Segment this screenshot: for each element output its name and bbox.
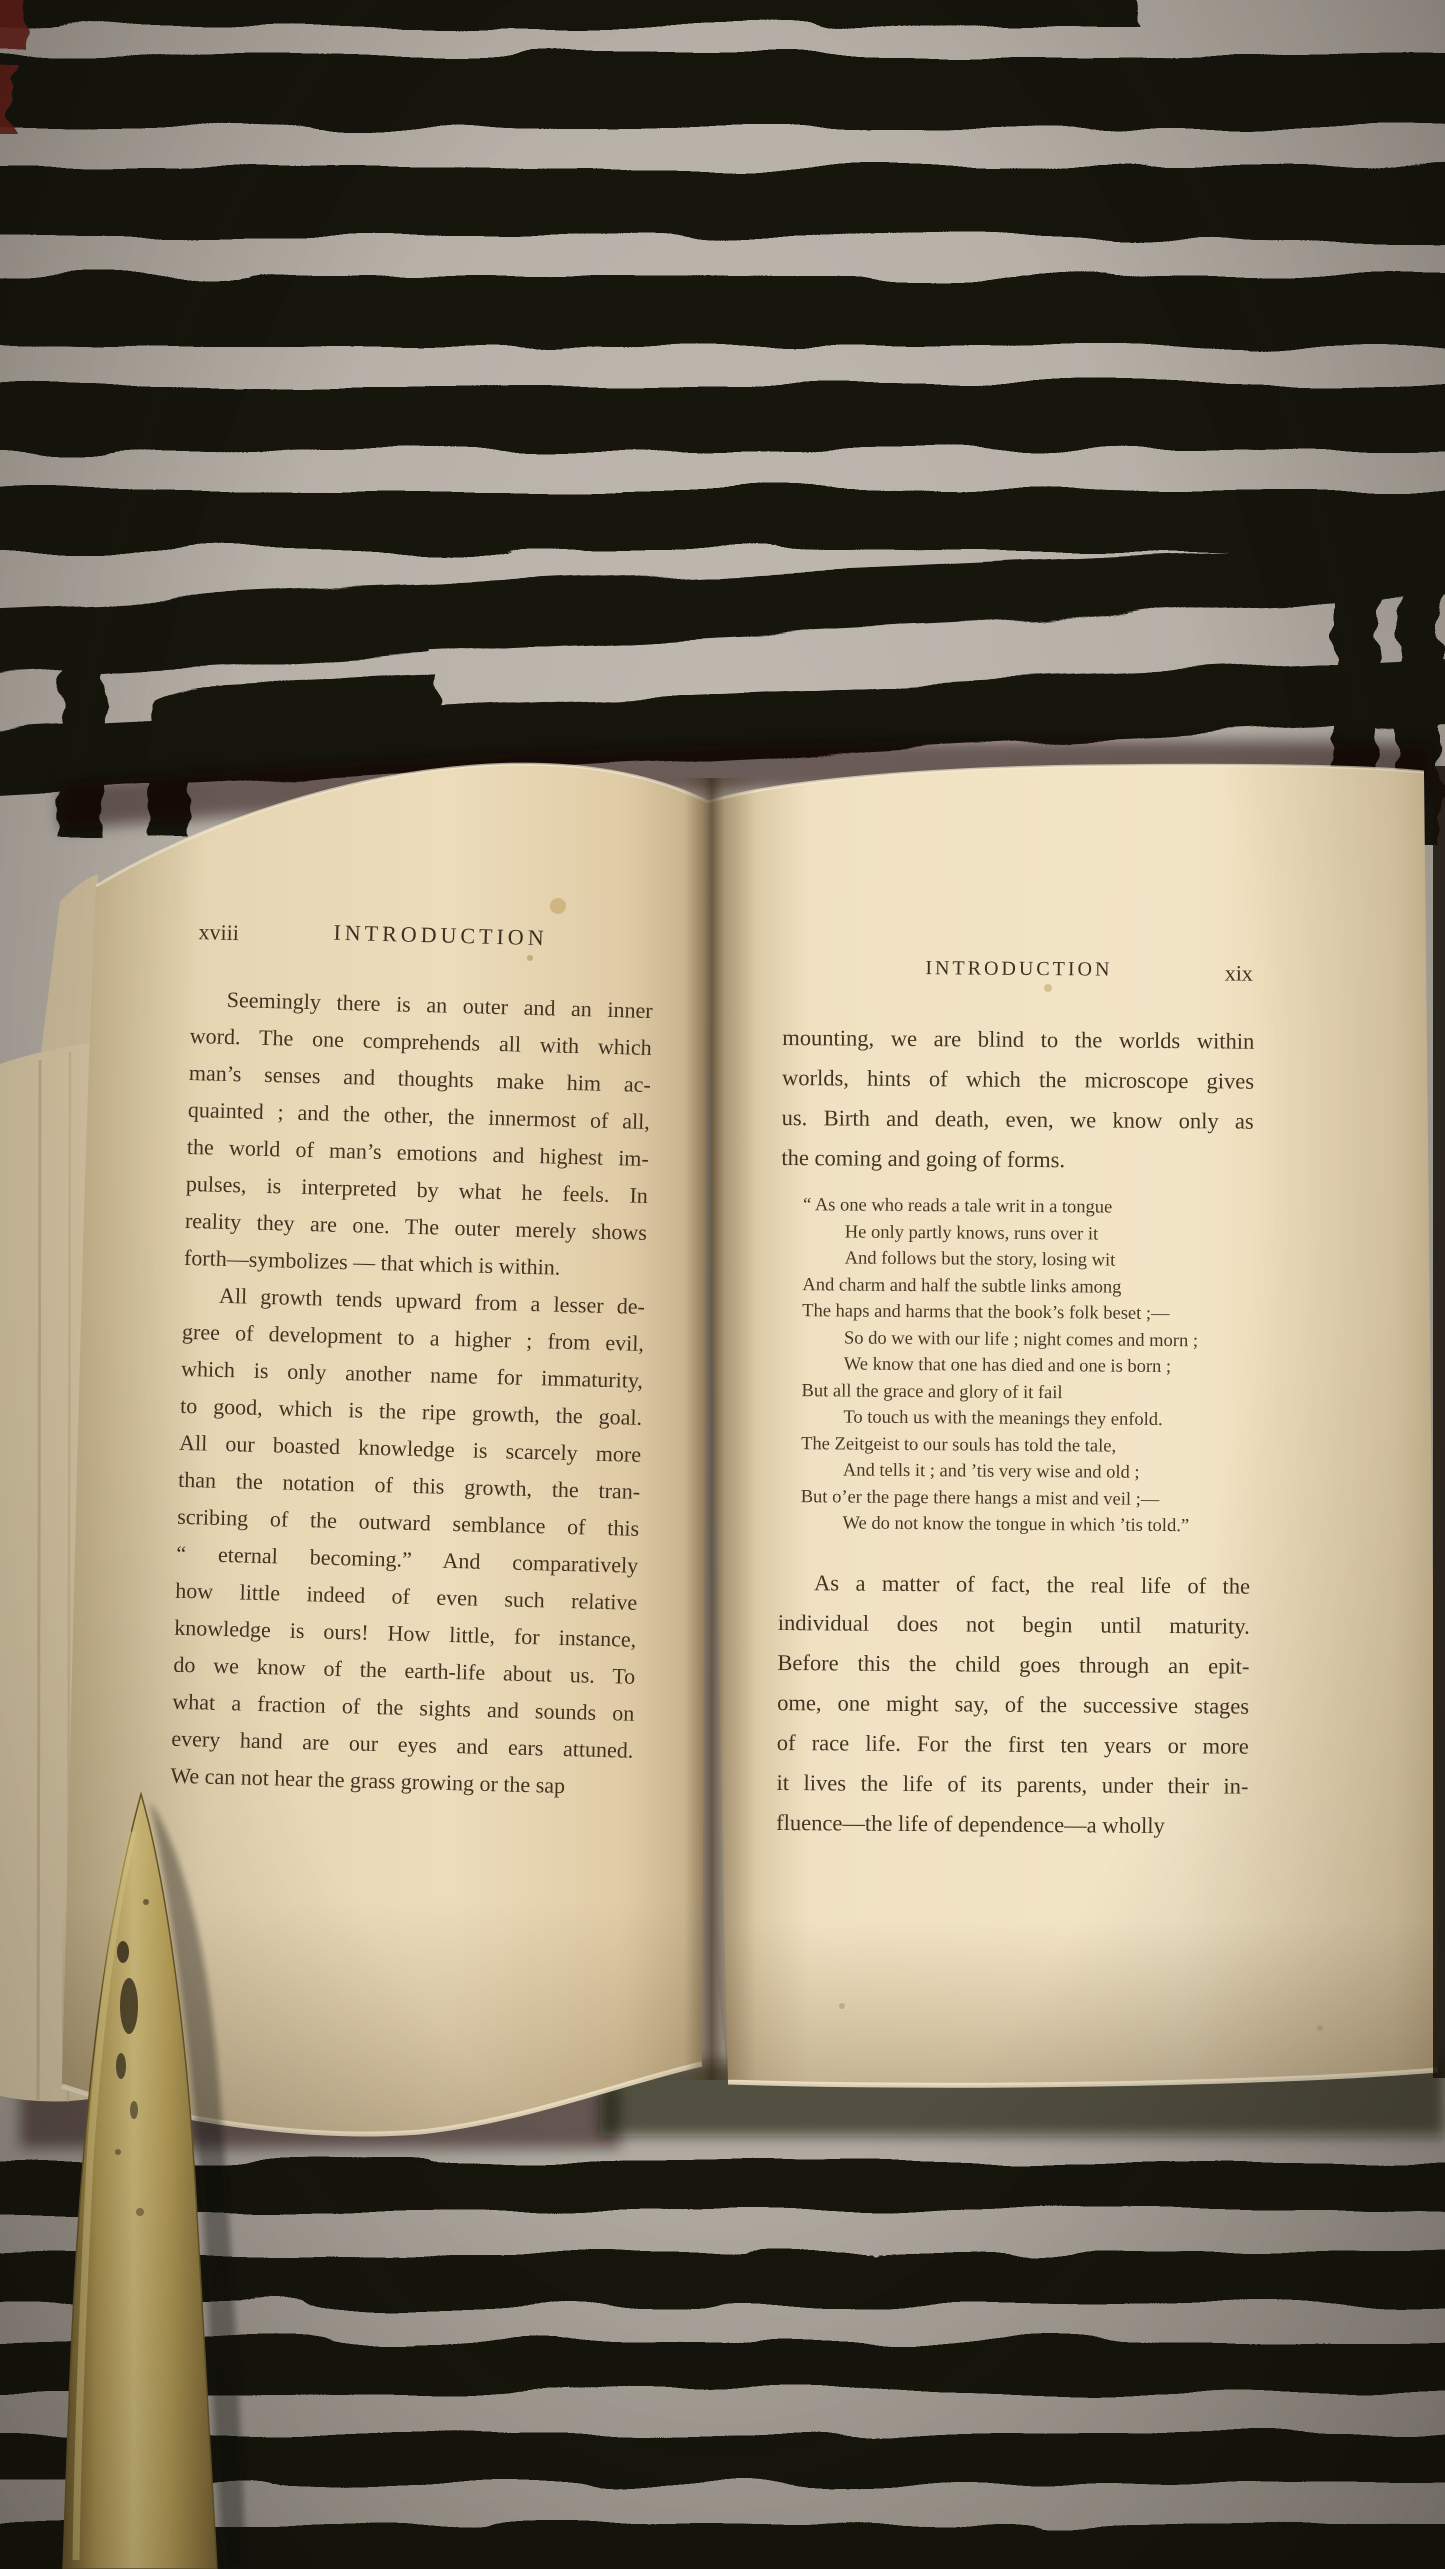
right-running-title: INTRODUCTION xyxy=(783,956,1255,983)
right-page-bottom-shading xyxy=(712,1920,1438,2085)
text-line: it lives the life of its parents, under … xyxy=(776,1762,1248,1806)
poem-line: But o’er the page there hangs a mist and… xyxy=(801,1484,1251,1514)
left-page-folio: xviii xyxy=(198,919,239,946)
right-page: INTRODUCTION xix mounting, we are blind … xyxy=(776,956,1255,1846)
text-line: us. Birth and death, even, we know only … xyxy=(782,1098,1254,1142)
right-page-folio: xix xyxy=(1225,960,1253,986)
right-fore-edge-shadow xyxy=(1433,766,1445,2078)
poem-line: The haps and harms that the book’s folk … xyxy=(802,1298,1252,1328)
poem-line: And tells it ; and ’tis very wise and ol… xyxy=(801,1457,1251,1487)
text-line: Before this the child goes through an ep… xyxy=(777,1642,1249,1686)
right-page-header: INTRODUCTION xix xyxy=(783,956,1255,994)
poem-line: We know that one has died and one is bor… xyxy=(802,1351,1252,1381)
poem-line: So do we with our life ; night comes and… xyxy=(802,1325,1252,1355)
text-line: of race life. For the first ten years or… xyxy=(777,1722,1249,1766)
quoted-poem: “ As one who reads a tale writ in a tong… xyxy=(800,1192,1253,1540)
right-paragraph-2: As a matter of fact, the real life of th… xyxy=(776,1562,1250,1846)
poem-line: And charm and half the subtle links amon… xyxy=(802,1272,1252,1302)
text-line: fluence—the life of dependence—a wholly xyxy=(776,1802,1248,1846)
photo-of-open-book: xviii INTRODUCTION Seemingly there is an… xyxy=(0,0,1445,2569)
text-line: the coming and going of forms. xyxy=(781,1138,1253,1182)
poem-line: The Zeitgeist to our souls has told the … xyxy=(801,1431,1251,1461)
left-page: xviii INTRODUCTION Seemingly there is an… xyxy=(170,916,655,1806)
poem-line: But all the grace and glory of it fail xyxy=(801,1378,1251,1408)
poem-line: “ As one who reads a tale writ in a tong… xyxy=(803,1192,1253,1222)
text-line: worlds, hints of which the microscope gi… xyxy=(782,1058,1254,1102)
text-line: As a matter of fact, the real life of th… xyxy=(778,1562,1250,1606)
poem-line: We do not know the tongue in which ’tis … xyxy=(800,1510,1250,1540)
poem-line: To touch us with the meanings they enfol… xyxy=(801,1404,1251,1434)
left-paragraph-1: Seemingly there is an outer and an inner… xyxy=(184,980,654,1288)
text-line: mounting, we are blind to the worlds wit… xyxy=(782,1018,1254,1062)
text-line: individual does not begin until maturity… xyxy=(778,1602,1250,1646)
right-paragraph-1: mounting, we are blind to the worlds wit… xyxy=(781,1018,1254,1182)
left-paragraph-2: All growth tends upward from a lesser de… xyxy=(170,1276,645,1806)
poem-line: And follows but the story, losing wit xyxy=(803,1245,1253,1275)
text-line: ome, one might say, of the successive st… xyxy=(777,1682,1249,1726)
poem-line: He only partly knows, runs over it xyxy=(803,1219,1253,1249)
